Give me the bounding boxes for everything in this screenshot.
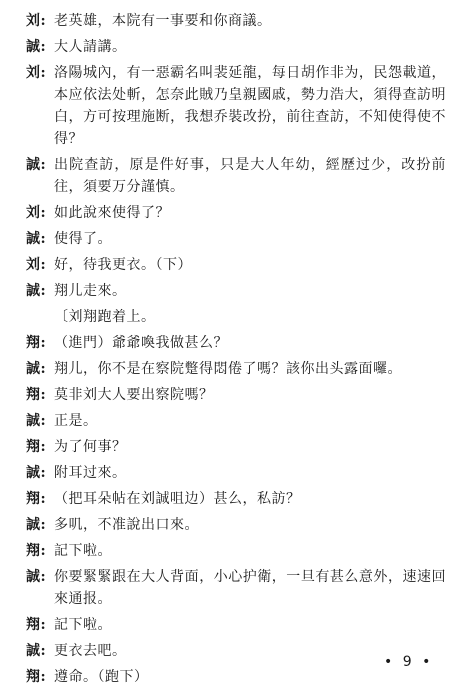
speaker-label: 刘:: [26, 62, 54, 84]
page-number: • 9 •: [384, 654, 433, 670]
speech-text: 多叽，不准說出口來。: [54, 514, 446, 536]
document-page: 刘: 老英雄，本院有一事要和你商議。 誠: 大人請講。 刘: 洛陽城內，有一惡霸…: [0, 0, 455, 690]
speaker-label: 誠:: [26, 228, 54, 250]
speaker-label: 誠:: [26, 566, 54, 588]
script-dialogue: 刘: 老英雄，本院有一事要和你商議。 誠: 大人請講。 刘: 洛陽城內，有一惡霸…: [26, 10, 446, 688]
speaker-label: 誠:: [26, 358, 54, 380]
speaker-label: 誠:: [26, 154, 54, 176]
dialogue-line: 刘: 洛陽城內，有一惡霸名叫裴延龍，每日胡作非为，民怨載道，本应依法处斬，怎奈此…: [26, 62, 446, 150]
dialogue-line: 刘: 老英雄，本院有一事要和你商議。: [26, 10, 446, 32]
dialogue-line: 誠: 出院查訪，原是件好事，只是大人年幼，經歷过少，改扮前往，須要万分謹慎。: [26, 154, 446, 198]
speaker-label: 翔:: [26, 614, 54, 636]
speaker-label: 刘:: [26, 10, 54, 32]
speech-text: 老英雄，本院有一事要和你商議。: [54, 10, 446, 32]
dialogue-line: 誠: 大人請講。: [26, 36, 446, 58]
speech-text: 你要緊緊跟在大人背面，小心护衛，一旦有甚么意外，速速回來通报。: [54, 566, 446, 610]
speaker-label: 誠:: [26, 280, 54, 302]
speaker-label: 誠:: [26, 36, 54, 58]
stage-direction-text: 〔刘翔跑着上。: [54, 306, 446, 328]
speaker-label: 翔:: [26, 666, 54, 688]
dialogue-line: 誠: 使得了。: [26, 228, 446, 250]
speech-text: 出院查訪，原是件好事，只是大人年幼，經歷过少，改扮前往，須要万分謹慎。: [54, 154, 446, 198]
speaker-label: 刘:: [26, 254, 54, 276]
stage-direction-line: 〔刘翔跑着上。: [26, 306, 446, 328]
dialogue-line: 誠: 正是。: [26, 410, 446, 432]
dialogue-line: 翔: （把耳朵帖在刘誠咀边）甚么，私訪？: [26, 488, 446, 510]
speech-text: 为了何事？: [54, 436, 446, 458]
speech-text: 附耳过來。: [54, 462, 446, 484]
dialogue-line: 誠: 你要緊緊跟在大人背面，小心护衛，一旦有甚么意外，速速回來通报。: [26, 566, 446, 610]
speaker-label: 誠:: [26, 462, 54, 484]
dialogue-line: 誠: 附耳过來。: [26, 462, 446, 484]
dialogue-line: 翔: 遵命。（跑下）: [26, 666, 446, 688]
speaker-label: 誠:: [26, 410, 54, 432]
speech-text: 使得了。: [54, 228, 446, 250]
speech-text: 記下啦。: [54, 614, 446, 636]
speech-text: 莫非刘大人要出察院嗎？: [54, 384, 446, 406]
dialogue-line: 誠: 更衣去吧。: [26, 640, 446, 662]
speaker-label: 翔:: [26, 540, 54, 562]
speaker-label: 翔:: [26, 488, 54, 510]
speech-text: （把耳朵帖在刘誠咀边）甚么，私訪？: [54, 488, 446, 510]
dialogue-line: 刘: 如此說來使得了？: [26, 202, 446, 224]
speaker-label: 翔:: [26, 332, 54, 354]
dialogue-line: 翔: 莫非刘大人要出察院嗎？: [26, 384, 446, 406]
dialogue-line: 翔: 为了何事？: [26, 436, 446, 458]
dialogue-line: 誠: 翔儿走來。: [26, 280, 446, 302]
speech-text: 翔儿走來。: [54, 280, 446, 302]
dialogue-line: 刘: 好，待我更衣。（下）: [26, 254, 446, 276]
speech-text: （進門）爺爺喚我做甚么？: [54, 332, 446, 354]
speech-text: 正是。: [54, 410, 446, 432]
speaker-label: 誠:: [26, 640, 54, 662]
dialogue-line: 翔: （進門）爺爺喚我做甚么？: [26, 332, 446, 354]
speech-text: 如此說來使得了？: [54, 202, 446, 224]
speech-text: 記下啦。: [54, 540, 446, 562]
speech-text: 大人請講。: [54, 36, 446, 58]
speaker-label: 翔:: [26, 384, 54, 406]
speaker-label: 誠:: [26, 514, 54, 536]
speech-text: 洛陽城內，有一惡霸名叫裴延龍，每日胡作非为，民怨載道，本应依法处斬，怎奈此賊乃皇…: [54, 62, 446, 150]
dialogue-line: 誠: 多叽，不准說出口來。: [26, 514, 446, 536]
speaker-label: 刘:: [26, 202, 54, 224]
speech-text: 翔儿，你不是在察院蹩得悶倦了嗎？該你出头露面囉。: [54, 358, 446, 380]
speech-text: 好，待我更衣。（下）: [54, 254, 446, 276]
dialogue-line: 翔: 記下啦。: [26, 614, 446, 636]
dialogue-line: 翔: 記下啦。: [26, 540, 446, 562]
speaker-label: 翔:: [26, 436, 54, 458]
dialogue-line: 誠: 翔儿，你不是在察院蹩得悶倦了嗎？該你出头露面囉。: [26, 358, 446, 380]
